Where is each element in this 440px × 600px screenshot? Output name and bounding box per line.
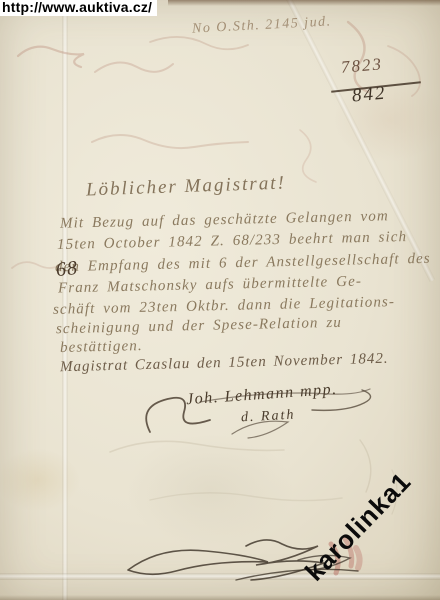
docket-fraction-denominator: 842 — [351, 83, 387, 108]
signature-title: d. Rath — [241, 408, 296, 427]
letter-photo: http://www.auktiva.cz/ No O.Sth. 2145 ju… — [0, 0, 440, 600]
auction-url-watermark: http://www.auktiva.cz/ — [0, 0, 157, 16]
docket-fraction-numerator: 7823 — [340, 54, 384, 78]
body-line: bestättigen. — [60, 338, 143, 357]
margin-number: 68 — [55, 257, 79, 282]
